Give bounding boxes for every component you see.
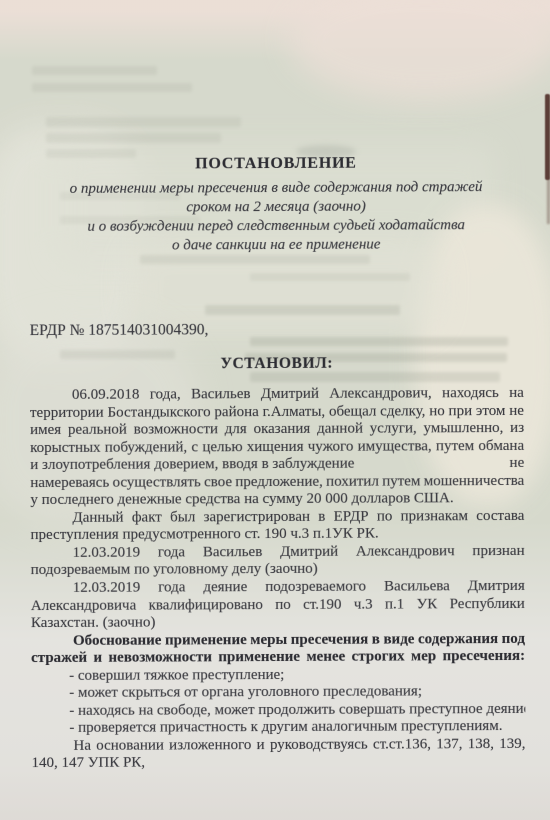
document-line: территорииБостандыкскогорайонаг.Алматы,о… (30, 402, 524, 422)
document-page: ПОСТАНОВЛЕНИЕ о применении меры пресечен… (0, 0, 550, 820)
document-line: намереваясьосуществлятьсвоепредложение,п… (30, 473, 524, 493)
document-subtitle: о применении меры пресечения в виде соде… (29, 178, 523, 256)
subtitle-line: сроком на 2 месяца (заочно) (29, 197, 523, 218)
subtitle-line: и о возбуждении перед следственным судье… (29, 216, 523, 237)
document-line: - проверяется причастность к другим анал… (31, 718, 525, 738)
document-line: у последнего денежные средства на сумму … (30, 490, 524, 510)
document-title: ПОСТАНОВЛЕНИЕ (29, 154, 523, 174)
document-body: 06.09.2018года,ВасильевДмитрийАлександро… (30, 385, 526, 773)
scanned-document-photo: ПОСТАНОВЛЕНИЕ о применении меры пресечен… (0, 0, 550, 820)
document-line: и злоупотребления доверием, вводя в забл… (30, 455, 524, 475)
document-line: 06.09.2018года,ВасильевДмитрийАлександро… (30, 385, 524, 405)
document-line: 12.03.2019годаВасильевДмитрийАлександров… (31, 543, 525, 563)
document-line: подозреваемым по уголовному делу (заочно… (31, 560, 525, 580)
document-line: - находясь на свободе, может продолжить … (31, 701, 525, 721)
established-heading: УСТАНОВИЛ: (30, 354, 524, 374)
document-line: 12.03.2019годадеяниеподозреваемогоВасиль… (31, 578, 525, 598)
document-line: Обоснованиеприменениемерыпресеченияввиде… (31, 631, 525, 651)
document-line: стражейиневозможностиприменениеменеестро… (31, 648, 525, 668)
document-line: - может скрыться от органа уголовного пр… (31, 683, 525, 703)
document-line: 140, 147 УПК РК, (32, 753, 526, 773)
document-line: имеяреальнойвозможностидляоказанияданной… (30, 420, 524, 440)
case-number: ЕРДР № 187514031004390, (30, 320, 524, 340)
document-line: Казахстан. (заочно) (31, 613, 525, 633)
document-line: преступления предусмотренного ст. 190 ч.… (31, 525, 525, 545)
document-line: - совершил тяжкое преступление; (31, 666, 525, 686)
subtitle-line: о применении меры пресечения в виде соде… (29, 178, 523, 199)
document-line: корыстныхпобуждений,сцельюхищениячужогои… (30, 438, 524, 458)
document-line: Александровичаквалифицированопост.190ч.3… (31, 595, 525, 615)
document-line: Наоснованииизложенногоируководствуясьст.… (31, 736, 525, 756)
document-line: ДанныйфактбылзарегистрированвЕРДРпопризн… (30, 508, 524, 528)
subtitle-line: о даче санкции на ее применение (29, 235, 523, 256)
